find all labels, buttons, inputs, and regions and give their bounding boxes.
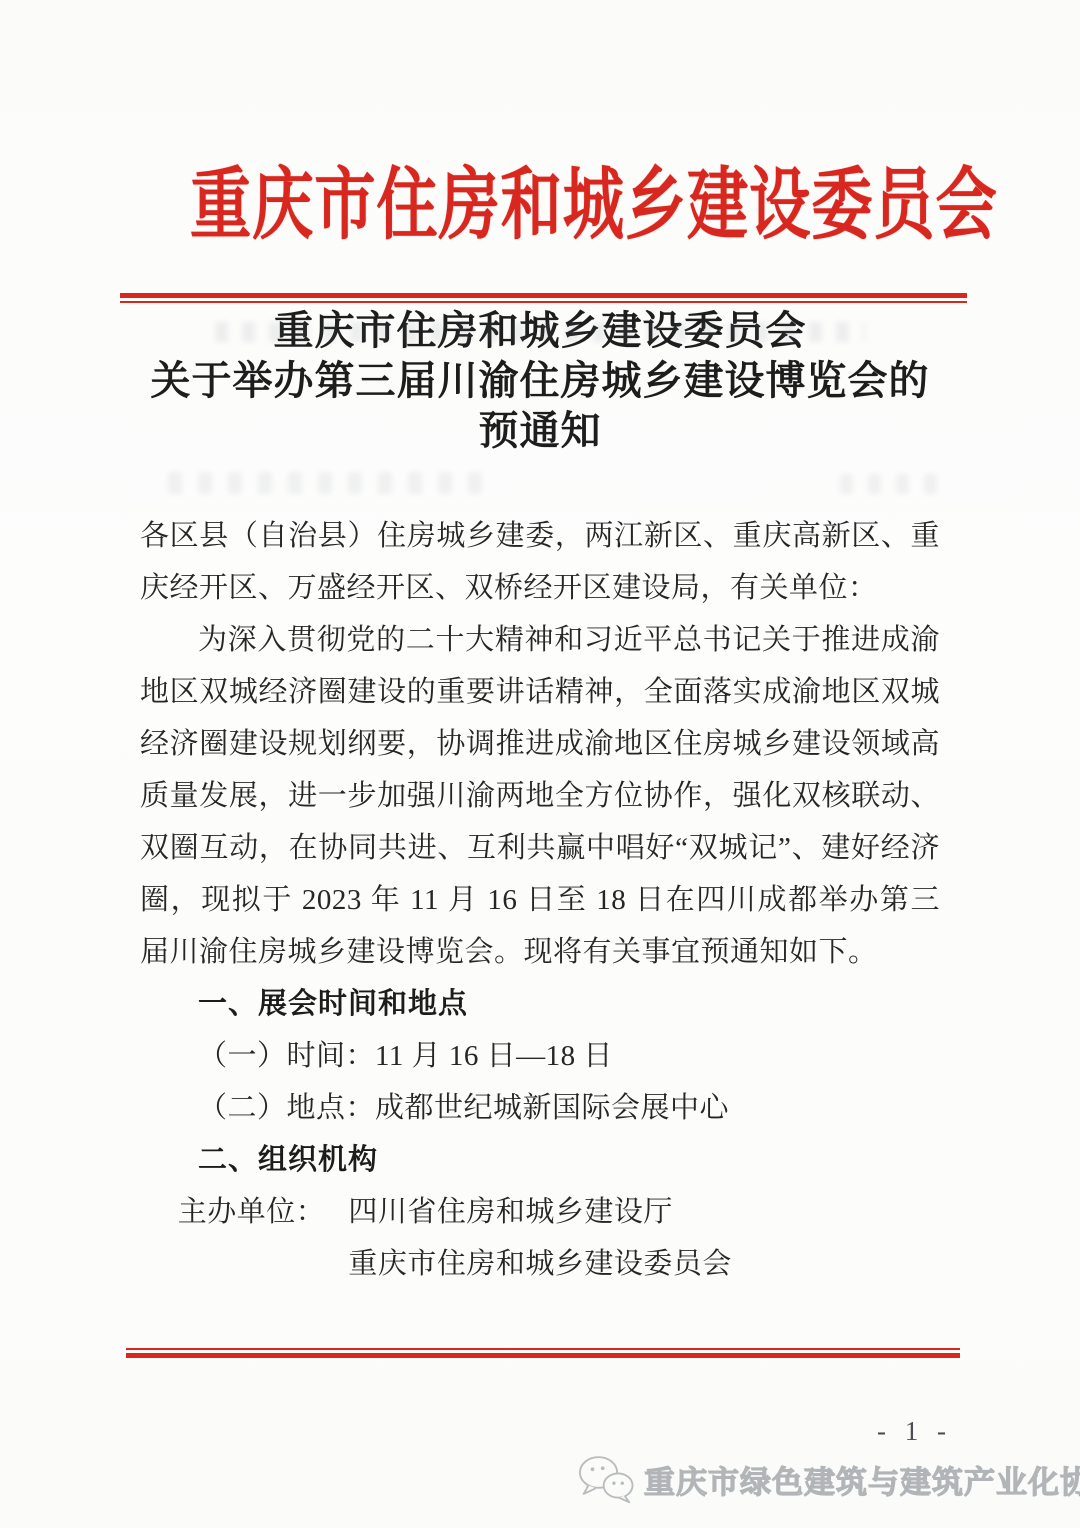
section-1-item-location: （二）地点：成都世纪城新国际会展中心	[140, 1082, 940, 1134]
divider-thin-line	[126, 1348, 960, 1350]
organizer-names: 四川省住房和城乡建设厅 重庆市住房和城乡建设委员会	[348, 1186, 732, 1290]
bleed-through-artifact	[840, 474, 940, 494]
organizer-block: 主办单位： 四川省住房和城乡建设厅 重庆市住房和城乡建设委员会	[178, 1186, 940, 1290]
divider-thin-line	[120, 301, 967, 303]
document-title-line-1: 重庆市住房和城乡建设委员会	[110, 306, 970, 356]
intro-paragraph: 为深入贯彻党的二十大精神和习近平总书记关于推进成渝地区双城经济圈建设的重要讲话精…	[140, 614, 940, 978]
watermark: 重庆市绿色建筑与建筑产业化协会	[576, 1452, 1080, 1506]
section-1-heading: 一、展会时间和地点	[140, 978, 940, 1030]
addressee-line: 各区县（自治县）住房城乡建委，两江新区、重庆高新区、重庆经开区、万盛经开区、双桥…	[140, 510, 940, 614]
wechat-icon	[576, 1452, 636, 1506]
divider-thick-line	[120, 293, 967, 298]
letterhead-title: 重庆市住房和城乡建设委员会	[190, 166, 890, 249]
organizer-label: 主办单位：	[178, 1186, 326, 1238]
watermark-text: 重庆市绿色建筑与建筑产业化协会	[644, 1457, 1080, 1502]
section-2-heading: 二、组织机构	[140, 1134, 940, 1186]
organizer-name-2: 重庆市住房和城乡建设委员会	[348, 1238, 732, 1290]
divider-thick-line	[126, 1353, 960, 1358]
organizer-name-1: 四川省住房和城乡建设厅	[348, 1186, 732, 1238]
document-body: 各区县（自治县）住房城乡建委，两江新区、重庆高新区、重庆经开区、万盛经开区、双桥…	[140, 510, 940, 1290]
document-title-line-2: 关于举办第三届川渝住房城乡建设博览会的	[110, 356, 970, 406]
document-title: 重庆市住房和城乡建设委员会 关于举办第三届川渝住房城乡建设博览会的 预通知	[110, 306, 970, 456]
document-title-line-3: 预通知	[110, 406, 970, 456]
letterhead-divider	[120, 293, 967, 303]
document-page: 重庆市住房和城乡建设委员会 重庆市住房和城乡建设委员会 关于举办第三届川渝住房城…	[0, 0, 1080, 1528]
footer-divider	[126, 1348, 960, 1358]
section-1-item-time: （一）时间：11 月 16 日—18 日	[140, 1030, 940, 1082]
bleed-through-artifact	[168, 472, 488, 494]
page-number: - 1 -	[877, 1416, 952, 1447]
